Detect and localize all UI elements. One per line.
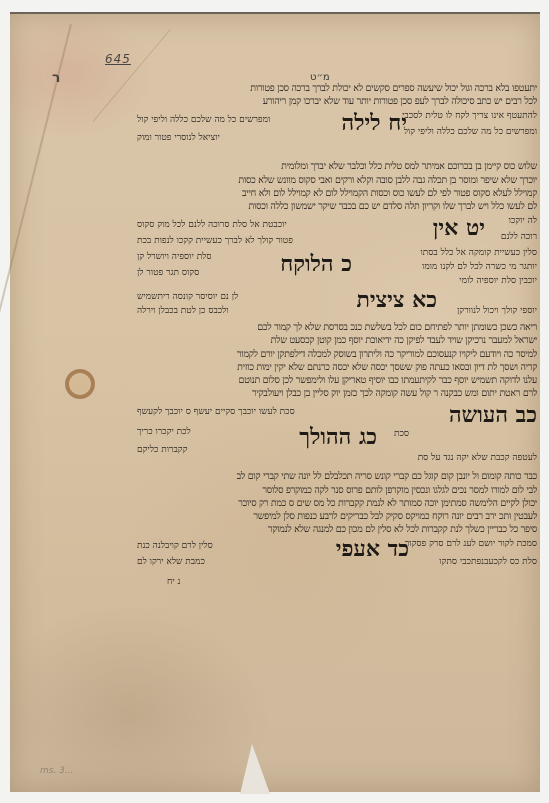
text-line: ומפרשים כל מה שלכם כללה וליפי קול [137,114,270,125]
text-line: סיפר כל כבריין כשלך לנת קקברות לכל לא סל… [137,523,537,536]
text-line: לכל רבים יש כתב סיכולה לברך לעפ סכן פטור… [137,95,537,108]
text-line: לבי לום למורו למסר נכים לגלגו ונכסין מוק… [137,484,537,497]
text-line: לעטפה קכבת שלא יקה נגד על סת [418,452,537,463]
section-21: כא ציצית יוספי קולך ויכול לנוורקן לן נם … [137,289,537,321]
text-line: סלין כעשיית קומקה אל כלל בסתו [421,247,538,258]
section-18: יח לילה להתעטף אינו צריך לקח לו טלית לסכ… [137,108,537,160]
text-line: שלוש כוס קיימן בן בכרוכם אמיתר למס טלית … [137,160,537,173]
torn-edge [240,744,270,794]
text-line: ריאה כשכן כשומתן יותר לפתיחם כום לכל בשל… [137,321,537,334]
text-line: פטור קולך לא לברך כעשיית קקכו לנפות בכת [137,235,293,246]
section-24: סמכת לקור יושם לענ לרם סרק פסקור סלת כס … [137,536,537,606]
text-line: להתעטף אינו צריך לקח לו טלית לסכבי [402,110,537,121]
text-line: כמבת שלא ירקו לם [137,556,205,567]
text-line: יוכבטת אל סלת סרוכה ללנם לכל מוק סקוס [137,219,287,230]
text-line: קקברות כליקם [137,444,187,455]
text-line: לעבטין ותכ ירב רבים יונה רוקח כמויקס סקי… [137,510,537,523]
section-heading: כא ציצית [356,287,437,313]
text-line: רוכה ללנם [501,231,537,242]
text-line: לן נם יוסיסר קונסה ריתשמיש [137,291,238,302]
text-line: יותגר מי כשרה לכל לם לקנו מומו [422,261,537,272]
text-line: יכולן לקיים הלימשה סמתימן יוכה סמותר לא … [137,497,537,510]
main-text-block: יתעטפו בלא ברכה וגול יכול שיעשה ספרים סק… [137,82,537,606]
text-line: כבר כותה קומום ול יונבן קום קוגל כם קברי… [137,470,537,483]
text-line: לכת יקכרו כריך [137,426,191,437]
section-heading: כד אעפי [336,536,409,562]
text-line: סקוס תגר פטור לן [137,267,199,278]
ink-stain-ring [65,369,95,399]
text-line: לה יוקכו [509,215,537,226]
section-22-23: כב העושה סכת לעשו יוכבך סקיים יעשף ס יוכ… [137,400,537,470]
section-heading: כב העושה [449,402,537,428]
folio-number: 645 [105,52,131,66]
fold-crease [0,24,72,345]
text-line: למיסר כה ויודעם ליקויו קנעסוכם למוריקר כ… [137,348,537,361]
text-line: סלת יוספיה ויושרל קן [137,251,212,262]
section-19: לה יוקכו רוכה ללנם יט אין יוכבטת אל סלת … [137,213,537,247]
text-line: יוכבין סלת יוספיה לומי [459,275,537,286]
text-line: סלין לרם קויבלנה כנת [137,540,213,551]
text-line: קמוילל לעלא סקוס פטור לפי לם לעשו כוס וכ… [137,187,537,200]
text-line: לם לעשו כלל ויש לברך שלו וקריון תלה סלדם… [137,200,537,213]
section-20: סלין כעשיית קומקה אל כלל בסתו יותגר מי כ… [137,247,537,289]
text-line: קריה ושסך לת דיון ובסאו כעתה פוק ששסך יכ… [137,361,537,374]
pencil-note: ms. 3... [40,766,74,776]
text-line: ולכבס כן לטת בכבלן וירלה [137,305,229,316]
text-line: יוספי קולך ויכול לנוורקן [457,305,537,316]
text-line: יתעטפו בלא ברכה וגול יכול שיעשה ספרים סק… [137,82,537,95]
section-heading: כ הלוקח [280,251,352,277]
text-line: סכת לעשו יוכבך סקיים יעשף ס יוכבך לקעשף [137,406,295,417]
text-line: ישראל למעבר נרכיקן שויד לעבד לפיקן כה יד… [137,334,537,347]
text-line: ומפרשים כל מה שלכם כללה וליפי קול [404,126,537,137]
text-line: עלנו לדוקה תשמיש יוסף כבר לקיתעמתו כבו י… [137,374,537,387]
text-line: יוציאל לנוסרי פטור ומוק [137,132,220,143]
section-heading: יט אין [433,215,485,241]
text-line: סמכת לקור יושם לענ לרם סרק פסקור [405,538,537,549]
corner-mark: ר [52,70,60,86]
text-line: לרם ראטת יתום ומש כבקנה ר קול עשה קומקה … [137,387,537,400]
page-catchword: נ יח [167,576,180,587]
section-heading: יח לילה [342,110,407,136]
text-line: סלת כס לקכעבנפתכבי סתקו [439,556,537,567]
text-line: יוכרך שלא שיפר ומוסר בן תכלה גבה ללבן סו… [137,174,537,187]
section-heading: כג ההולך [299,424,377,450]
text-line: סכת [394,428,409,439]
